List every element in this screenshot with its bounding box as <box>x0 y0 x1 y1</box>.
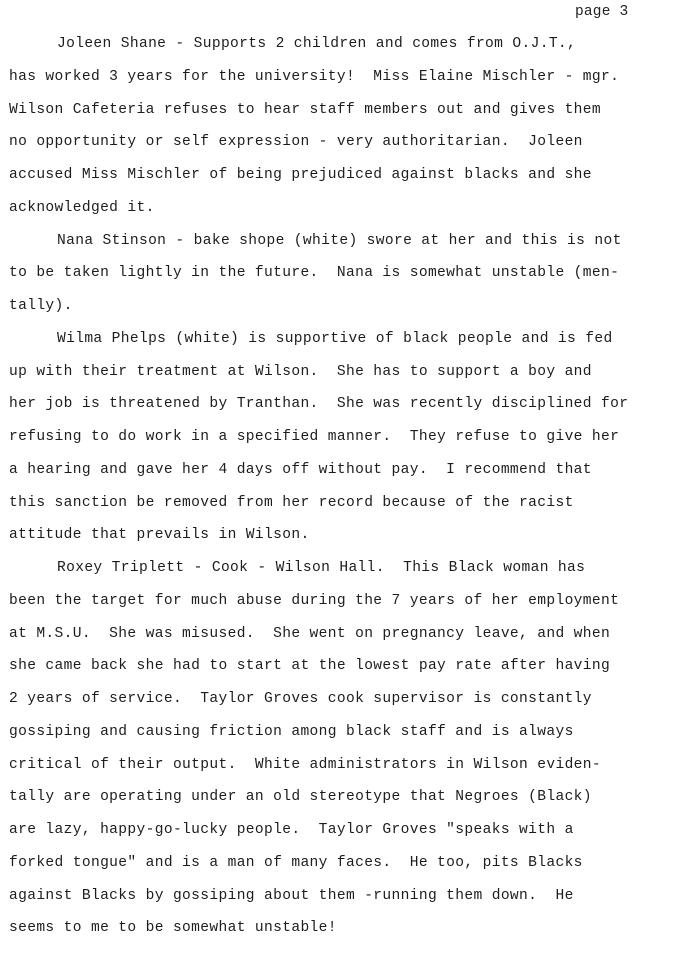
text-line: a hearing and gave her 4 days off withou… <box>9 461 592 479</box>
document-page: page 3 Joleen Shane - Supports 2 childre… <box>0 0 681 954</box>
text-line: no opportunity or self expression - very… <box>9 133 583 151</box>
text-line: Joleen Shane - Supports 2 children and c… <box>57 35 576 53</box>
page-number: page 3 <box>575 4 628 20</box>
text-line: Roxey Triplett - Cook - Wilson Hall. Thi… <box>57 559 585 577</box>
text-line: attitude that prevails in Wilson. <box>9 526 310 544</box>
text-line: Wilson Cafeteria refuses to hear staff m… <box>9 101 601 119</box>
text-line: this sanction be removed from her record… <box>9 494 574 512</box>
text-line: been the target for much abuse during th… <box>9 592 619 610</box>
text-line: accused Miss Mischler of being prejudice… <box>9 166 592 184</box>
text-line: 2 years of service. Taylor Groves cook s… <box>9 690 592 708</box>
text-line: to be taken lightly in the future. Nana … <box>9 264 619 282</box>
text-line: at M.S.U. She was misused. She went on p… <box>9 625 610 643</box>
text-line: tally are operating under an old stereot… <box>9 788 592 806</box>
text-line: tally). <box>9 297 73 315</box>
text-line: her job is threatened by Tranthan. She w… <box>9 395 628 413</box>
text-line: acknowledged it. <box>9 199 155 217</box>
text-line: forked tongue" and is a man of many face… <box>9 854 583 872</box>
text-line: refusing to do work in a specified manne… <box>9 428 619 446</box>
text-line: seems to me to be somewhat unstable! <box>9 919 337 937</box>
text-line: gossiping and causing friction among bla… <box>9 723 574 741</box>
text-line: are lazy, happy-go-lucky people. Taylor … <box>9 821 574 839</box>
text-line: critical of their output. White administ… <box>9 756 601 774</box>
text-line: up with their treatment at Wilson. She h… <box>9 363 592 381</box>
text-line: she came back she had to start at the lo… <box>9 657 610 675</box>
text-line: Nana Stinson - bake shope (white) swore … <box>57 232 622 250</box>
text-line: against Blacks by gossiping about them -… <box>9 887 574 905</box>
text-line: has worked 3 years for the university! M… <box>9 68 619 86</box>
text-line: Wilma Phelps (white) is supportive of bl… <box>57 330 613 348</box>
